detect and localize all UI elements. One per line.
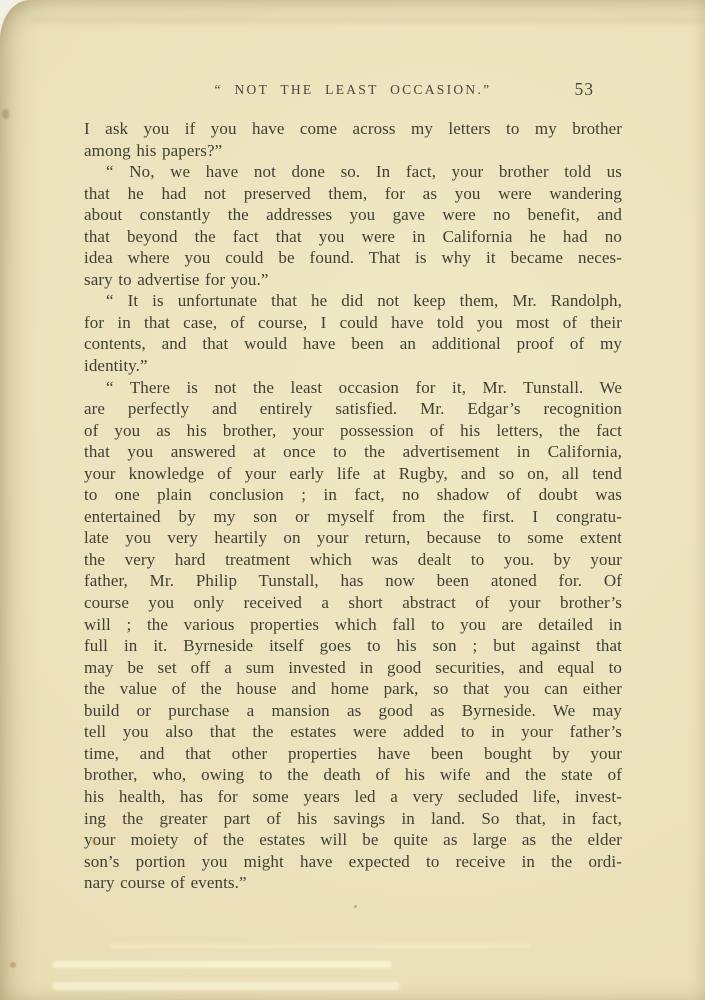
text-line: are perfectly and entirely satisfied. Mr… bbox=[84, 398, 622, 420]
paper-speck bbox=[2, 109, 9, 119]
text-line: will ; the various properties which fall… bbox=[84, 614, 622, 636]
text-line: son’s portion you might have expected to… bbox=[84, 851, 622, 873]
text-line: sary to advertise for you.” bbox=[84, 269, 622, 291]
text-line: to one plain conclusion ; in fact, no sh… bbox=[84, 484, 622, 506]
text-line: full in it. Byrneside itself goes to his… bbox=[84, 635, 622, 657]
running-title: “ NOT THE LEAST OCCASION.” bbox=[84, 82, 622, 98]
paper-speck bbox=[92, 840, 97, 845]
text-line: his health, has for some years led a ver… bbox=[84, 786, 622, 808]
page-header: “ NOT THE LEAST OCCASION.” 53 bbox=[84, 82, 622, 104]
text-line: entertained by my son or myself from the… bbox=[84, 506, 622, 528]
page-edge-streak bbox=[110, 944, 530, 948]
paper-speck bbox=[354, 905, 357, 908]
text-line: that beyond the fact that you were in Ca… bbox=[84, 226, 622, 248]
book-page: “ NOT THE LEAST OCCASION.” 53 I ask you … bbox=[0, 0, 705, 1000]
paper-speck bbox=[10, 962, 16, 968]
text-line: build or purchase a mansion as good as B… bbox=[84, 700, 622, 722]
text-line: the value of the house and home park, so… bbox=[84, 678, 622, 700]
text-line: late you very heartily on your return, b… bbox=[84, 527, 622, 549]
text-line: brother, who, owing to the death of his … bbox=[84, 764, 622, 786]
text-line: your knowledge of your early life at Rug… bbox=[84, 463, 622, 485]
text-line: I ask you if you have come across my let… bbox=[84, 118, 622, 140]
page-top-shadow bbox=[32, 18, 705, 23]
text-line: ing the greater part of his savings in l… bbox=[84, 808, 622, 830]
text-line: that he had not preserved them, for as y… bbox=[84, 183, 622, 205]
text-line: “ It is unfortunate that he did not keep… bbox=[84, 290, 622, 312]
text-line: “ No, we have not done so. In fact, your… bbox=[84, 161, 622, 183]
text-line: the very hard treatment which was dealt … bbox=[84, 549, 622, 571]
text-line: among his papers?” bbox=[84, 140, 622, 162]
page-text: I ask you if you have come across my let… bbox=[84, 118, 622, 894]
text-line: nary course of events.” bbox=[84, 872, 622, 894]
text-line: tell you also that the estates were adde… bbox=[84, 721, 622, 743]
page-number: 53 bbox=[575, 79, 595, 100]
text-line: identity.” bbox=[84, 355, 622, 377]
text-line: father, Mr. Philip Tunstall, has now bee… bbox=[84, 570, 622, 592]
text-line: of you as his brother, your possession o… bbox=[84, 420, 622, 442]
text-line: contents, and that would have been an ad… bbox=[84, 333, 622, 355]
text-line: your moiety of the estates will be quite… bbox=[84, 829, 622, 851]
text-line: idea where you could be found. That is w… bbox=[84, 247, 622, 269]
text-line: “ There is not the least occasion for it… bbox=[84, 377, 622, 399]
page-edge-streak bbox=[52, 961, 392, 968]
page-edge-streak bbox=[52, 982, 400, 990]
text-line: about constantly the addresses you gave … bbox=[84, 204, 622, 226]
text-line: for in that case, of course, I could hav… bbox=[84, 312, 622, 334]
text-line: that you answered at once to the adverti… bbox=[84, 441, 622, 463]
text-line: time, and that other properties have bee… bbox=[84, 743, 622, 765]
text-line: course you only received a short abstrac… bbox=[84, 592, 622, 614]
text-line: may be set off a sum invested in good se… bbox=[84, 657, 622, 679]
